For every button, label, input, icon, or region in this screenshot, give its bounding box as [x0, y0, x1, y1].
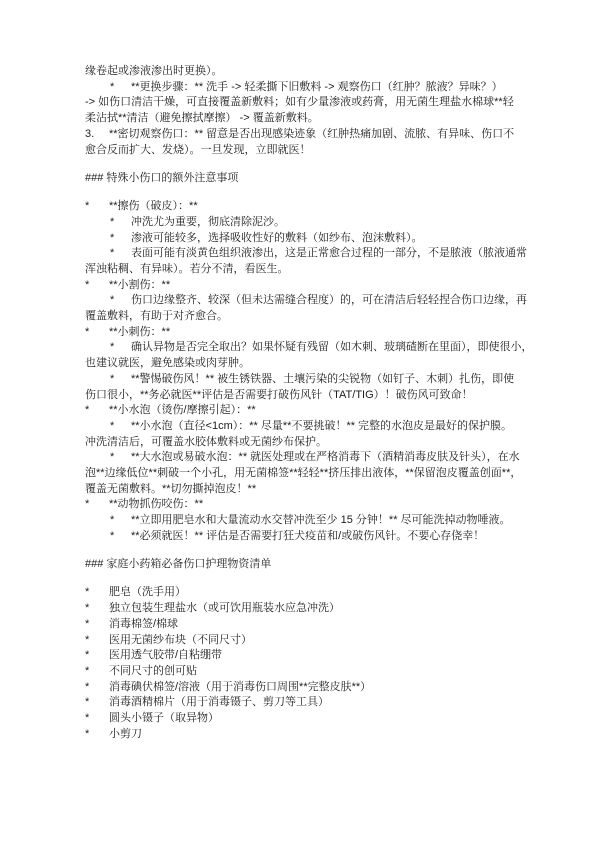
bullet-marker: *	[85, 711, 109, 727]
text-line: 冲洗清洁后，可覆盖水胶体敷料或无菌纱布保护。	[85, 435, 515, 451]
line-text: 缘卷起或渗液渗出时更换）。	[85, 64, 223, 80]
line-text: 医用无菌纱布块（不同尺寸）	[109, 633, 252, 649]
line-text: 冲洗尤为重要，彻底清除泥沙。	[131, 215, 285, 231]
line-text: **小割伤：**	[109, 278, 170, 294]
line-text: 冲洗清洁后，可覆盖水胶体敷料或无菌纱布保护。	[85, 435, 327, 451]
line-text: **小刺伤：**	[109, 325, 170, 341]
line-text: **动物抓伤咬伤：**	[109, 497, 203, 513]
list-line: *小剪刀	[85, 727, 515, 743]
list-line: *医用无菌纱布块（不同尺寸）	[85, 633, 515, 649]
line-text: 圆头小镊子（取异物）	[109, 711, 219, 727]
line-text: **立即用肥皂水和大量流动水交替冲洗至少 15 分钟！** 尽可能洗掉动物唾液。	[131, 513, 511, 529]
list-line: *消毒棉签/棉球	[85, 617, 515, 633]
section-heading: ### 特殊小伤口的额外注意事项	[85, 171, 515, 187]
line-text: 覆盖无菌敷料。**切勿撕掉泡皮！**	[85, 482, 256, 498]
bullet-marker: *	[85, 497, 109, 513]
line-text: 表面可能有淡黄色组织液渗出，这是正常愈合过程的一部分，不是脓液（脓液通常	[131, 246, 527, 262]
list-line: *渗液可能较多，选择吸收性好的敷料（如纱布、泡沫敷料）。	[85, 231, 515, 247]
text-block: ***擦伤（破皮）：***冲洗尤为重要，彻底清除泥沙。*渗液可能较多，选择吸收性…	[85, 199, 515, 544]
list-line: *表面可能有淡黄色组织液渗出，这是正常愈合过程的一部分，不是脓液（脓液通常	[85, 246, 515, 262]
text-block: 缘卷起或渗液渗出时更换）。***更换步骤：** 洗手 -> 轻柔撕下旧敷料 ->…	[85, 64, 515, 158]
line-text: **必须就医！** 评估是否需要打狂犬疫苗和/或破伤风针。不要心存侥幸！	[131, 529, 484, 545]
text-line: 愈合反而扩大、发烧）。一旦发现，立即就医！	[85, 143, 515, 159]
line-text: 愈合反而扩大、发烧）。一旦发现，立即就医！	[85, 143, 311, 159]
list-line: ***必须就医！** 评估是否需要打狂犬疫苗和/或破伤风针。不要心存侥幸！	[85, 529, 515, 545]
document-content: 缘卷起或渗液渗出时更换）。***更换步骤：** 洗手 -> 轻柔撕下旧敷料 ->…	[85, 64, 515, 755]
bullet-marker: *	[110, 450, 131, 466]
section-heading: ### 家庭小药箱必备伤口护理物资清单	[85, 557, 515, 573]
line-text: **擦伤（破皮）：**	[109, 199, 198, 215]
list-line: *消毒酒精棉片（用于消毒镊子、剪刀等工具）	[85, 695, 515, 711]
bullet-marker: *	[110, 340, 131, 356]
line-text: **警惕破伤风！** 被生锈铁器、土壤污染的尖锐物（如钉子、木刺）扎伤，即使	[131, 372, 514, 388]
list-line: 3.**密切观察伤口：** 留意是否出现感染迹象（红肿热痛加剧、流脓、有异味、伤…	[85, 127, 515, 143]
line-text: 消毒棉签/棉球	[109, 617, 178, 633]
list-line: *伤口边缘整齐、较深（但未达需缝合程度）的，可在清洁后轻轻捏合伤口边缘，再	[85, 293, 515, 309]
line-text: -> 如伤口清洁干燥，可直接覆盖新敷料；如有少量渗液或药膏，用无菌生理盐水棉球*…	[85, 95, 514, 111]
line-text: 也建议就医，避免感染或肉芽肿。	[85, 356, 250, 372]
text-line: 缘卷起或渗液渗出时更换）。	[85, 64, 515, 80]
line-text: 伤口很小，**务必就医**评估是否需要打破伤风针（TAT/TIG）！破伤风可致命…	[85, 388, 473, 404]
bullet-marker: *	[110, 529, 131, 545]
line-text: **更换步骤：** 洗手 -> 轻柔撕下旧敷料 -> 观察伤口（红肿？脓液？异味…	[131, 80, 503, 96]
list-line: *消毒碘伏棉签/溶液（用于消毒伤口周围**完整皮肤**）	[85, 680, 515, 696]
list-line: ***小刺伤：**	[85, 325, 515, 341]
bullet-marker: *	[85, 695, 109, 711]
bullet-marker: *	[85, 617, 109, 633]
bullet-marker: 3.	[85, 127, 109, 143]
text-line: 泡**边缘低位**刺破一个小孔，用无菌棉签**轻轻**挤压排出液体，**保留泡皮…	[85, 466, 515, 482]
bullet-marker: *	[110, 231, 131, 247]
list-line: ***大水泡或易破水泡：** 就医处理或在严格消毒下（酒精消毒皮肤及针头），在水	[85, 450, 515, 466]
list-line: ***小水泡（直径<1cm）：** 尽量**不要挑破！** 完整的水泡皮是最好的…	[85, 419, 515, 435]
list-line: ***小割伤：**	[85, 278, 515, 294]
bullet-marker: *	[85, 727, 109, 743]
bullet-marker: *	[85, 199, 109, 215]
bullet-marker: *	[110, 372, 131, 388]
line-text: 小剪刀	[109, 727, 142, 743]
bullet-marker: *	[110, 293, 131, 309]
list-line: ***小水泡（烫伤/摩擦引起）：**	[85, 403, 515, 419]
text-block: *肥皂（洗手用）*独立包装生理盐水（或可饮用瓶装水应急冲洗）*消毒棉签/棉球*医…	[85, 585, 515, 742]
line-text: 消毒碘伏棉签/溶液（用于消毒伤口周围**完整皮肤**）	[109, 680, 371, 696]
list-line: ***警惕破伤风！** 被生锈铁器、土壤污染的尖锐物（如钉子、木刺）扎伤，即使	[85, 372, 515, 388]
list-line: *不同尺寸的创可贴	[85, 664, 515, 680]
bullet-marker: *	[85, 601, 109, 617]
line-text: 不同尺寸的创可贴	[109, 664, 197, 680]
text-line: 覆盖无菌敷料。**切勿撕掉泡皮！**	[85, 482, 515, 498]
text-line: -> 如伤口清洁干燥，可直接覆盖新敷料；如有少量渗液或药膏，用无菌生理盐水棉球*…	[85, 95, 515, 111]
line-text: 消毒酒精棉片（用于消毒镊子、剪刀等工具）	[109, 695, 329, 711]
line-text: 医用透气胶带/自粘绷带	[109, 648, 222, 664]
line-text: 覆盖敷料，有助于对齐愈合。	[85, 309, 228, 325]
line-text: 柔沾拭**清洁（避免擦拭摩擦） -> 覆盖新敷料。	[85, 111, 319, 127]
line-text: 浑浊粘稠、有异味）。若分不清，看医生。	[85, 262, 289, 278]
bullet-marker: *	[85, 648, 109, 664]
line-text: 伤口边缘整齐、较深（但未达需缝合程度）的，可在清洁后轻轻捏合伤口边缘，再	[131, 293, 527, 309]
line-text: **密切观察伤口：** 留意是否出现感染迹象（红肿热痛加剧、流脓、有异味、伤口不	[109, 127, 514, 143]
line-text: **小水泡（直径<1cm）：** 尽量**不要挑破！** 完整的水泡皮是最好的保…	[131, 419, 512, 435]
list-line: *圆头小镊子（取异物）	[85, 711, 515, 727]
bullet-marker: *	[85, 403, 109, 419]
bullet-marker: *	[85, 664, 109, 680]
bullet-marker: *	[85, 278, 109, 294]
bullet-marker: *	[85, 680, 109, 696]
list-line: ***更换步骤：** 洗手 -> 轻柔撕下旧敷料 -> 观察伤口（红肿？脓液？异…	[85, 80, 515, 96]
line-text: 确认异物是否完全取出？如果怀疑有残留（如木刺、玻璃碴断在里面），即使很小，	[131, 340, 533, 356]
list-line: *确认异物是否完全取出？如果怀疑有残留（如木刺、玻璃碴断在里面），即使很小，	[85, 340, 515, 356]
list-line: ***动物抓伤咬伤：**	[85, 497, 515, 513]
bullet-marker: *	[110, 215, 131, 231]
list-line: *肥皂（洗手用）	[85, 585, 515, 601]
text-line: 浑浊粘稠、有异味）。若分不清，看医生。	[85, 262, 515, 278]
line-text: 泡**边缘低位**刺破一个小孔，用无菌棉签**轻轻**挤压排出液体，**保留泡皮…	[85, 466, 521, 482]
bullet-marker: *	[110, 80, 131, 96]
bullet-marker: *	[110, 419, 131, 435]
line-text: **小水泡（烫伤/摩擦引起）：**	[109, 403, 256, 419]
text-line: 伤口很小，**务必就医**评估是否需要打破伤风针（TAT/TIG）！破伤风可致命…	[85, 388, 515, 404]
text-line: 柔沾拭**清洁（避免擦拭摩擦） -> 覆盖新敷料。	[85, 111, 515, 127]
bullet-marker: *	[85, 325, 109, 341]
text-line: 也建议就医，避免感染或肉芽肿。	[85, 356, 515, 372]
list-line: *冲洗尤为重要，彻底清除泥沙。	[85, 215, 515, 231]
list-line: *医用透气胶带/自粘绷带	[85, 648, 515, 664]
list-line: ***立即用肥皂水和大量流动水交替冲洗至少 15 分钟！** 尽可能洗掉动物唾液…	[85, 513, 515, 529]
line-text: 肥皂（洗手用）	[109, 585, 186, 601]
bullet-marker: *	[110, 513, 131, 529]
text-line: 覆盖敷料，有助于对齐愈合。	[85, 309, 515, 325]
bullet-marker: *	[85, 585, 109, 601]
page: 缘卷起或渗液渗出时更换）。***更换步骤：** 洗手 -> 轻柔撕下旧敷料 ->…	[0, 0, 595, 841]
bullet-marker: *	[110, 246, 131, 262]
line-text: **大水泡或易破水泡：** 就医处理或在严格消毒下（酒精消毒皮肤及针头），在水	[131, 450, 520, 466]
bullet-marker: *	[85, 633, 109, 649]
list-line: *独立包装生理盐水（或可饮用瓶装水应急冲洗）	[85, 601, 515, 617]
line-text: 渗液可能较多，选择吸收性好的敷料（如纱布、泡沫敷料）。	[131, 231, 423, 247]
list-line: ***擦伤（破皮）：**	[85, 199, 515, 215]
line-text: 独立包装生理盐水（或可饮用瓶装水应急冲洗）	[109, 601, 340, 617]
